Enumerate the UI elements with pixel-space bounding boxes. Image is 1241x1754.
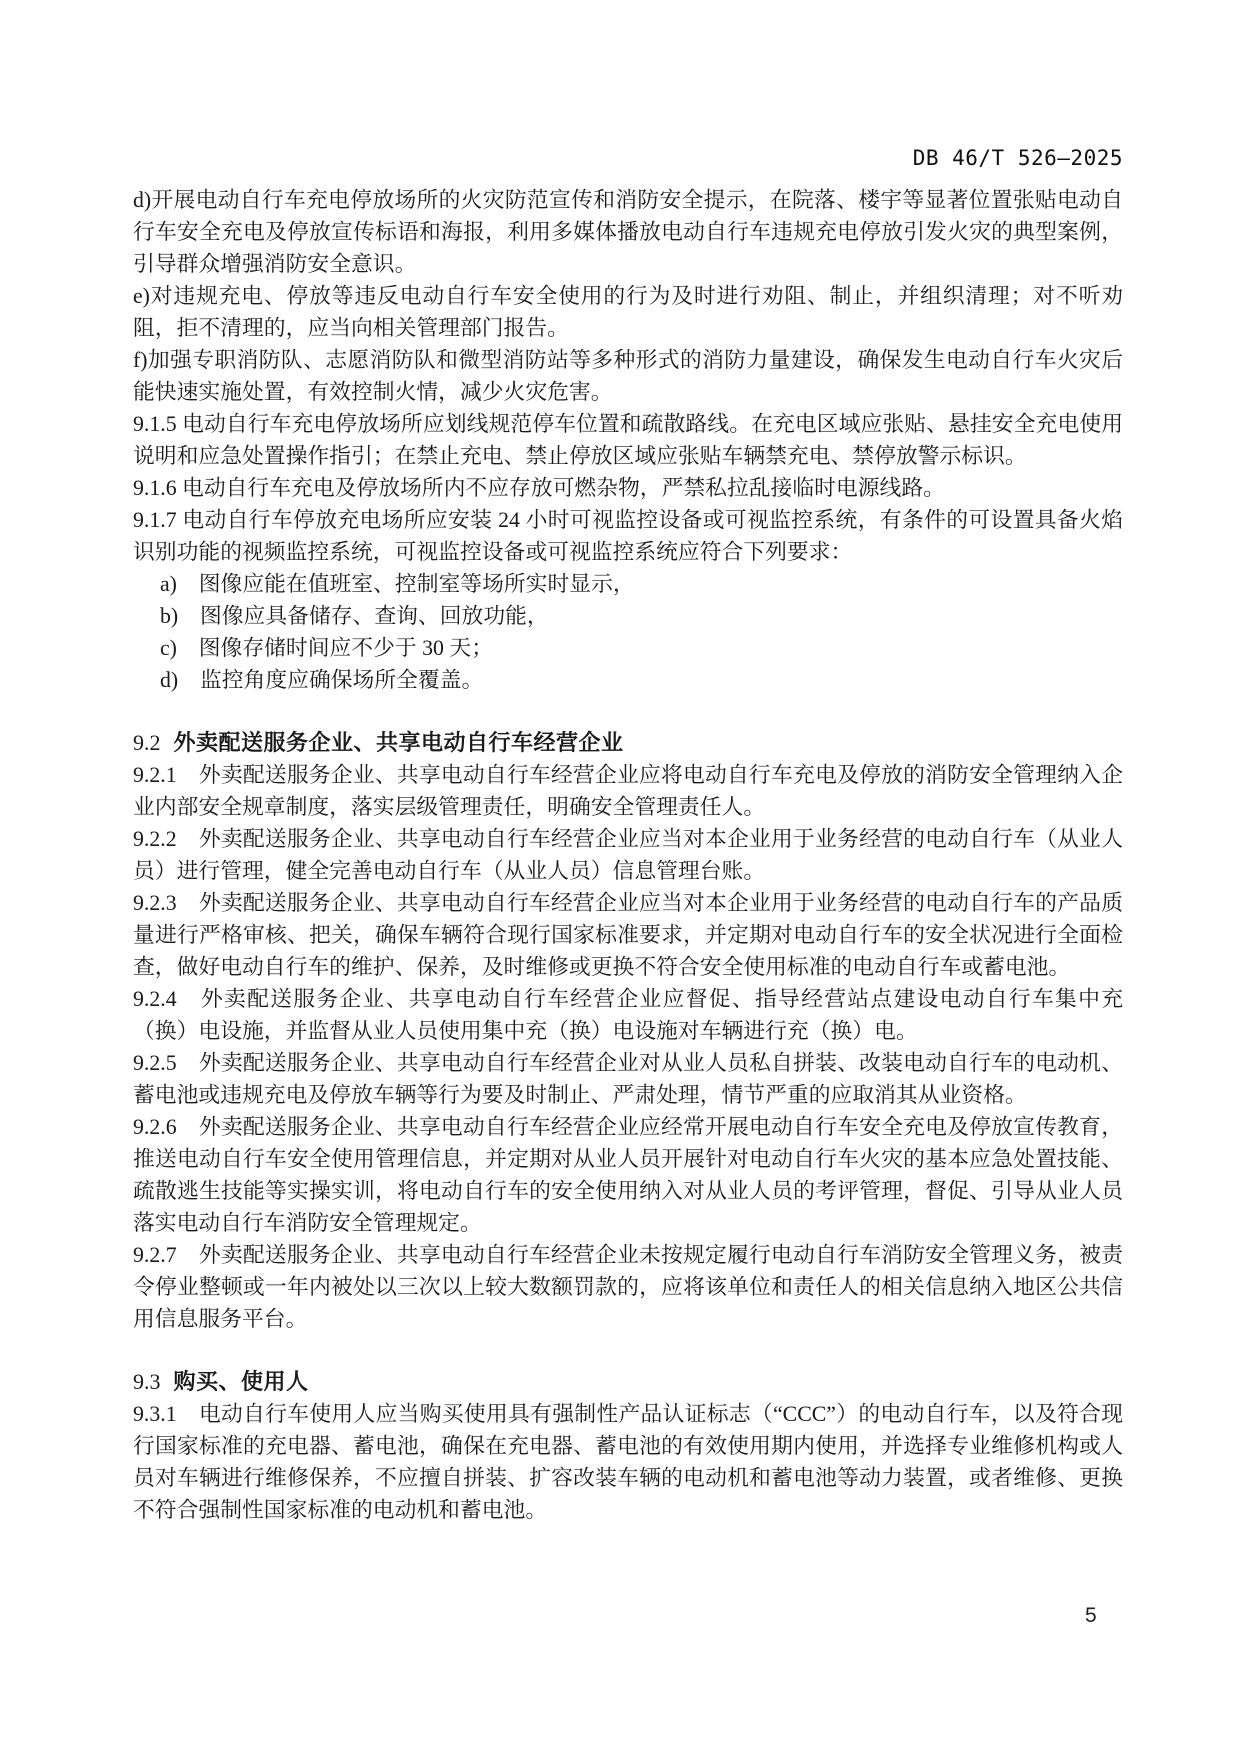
clause-9-2-7: 9.2.7 外卖配送服务企业、共享电动自行车经营企业未按规定履行电动自行车消防安… (133, 1239, 1123, 1335)
page-number: 5 (1085, 1604, 1097, 1627)
section-number: 9.2 (133, 730, 161, 755)
list-item-c: c) 图像存储时间应不少于 30 天； (133, 632, 1123, 664)
clause-9-1-5: 9.1.5 电动自行车充电停放场所应划线规范停车位置和疏散路线。在充电区域应张贴… (133, 408, 1123, 472)
page-header: DB 46/T 526—2025 (913, 146, 1123, 170)
document-page: DB 46/T 526—2025 d)开展电动自行车充电停放场所的火灾防范宣传和… (0, 0, 1241, 1754)
clause-9-3-1: 9.3.1 电动自行车使用人应当购买使用具有强制性产品认证标志（“CCC”）的电… (133, 1398, 1123, 1526)
clause-d-paragraph: d)开展电动自行车充电停放场所的火灾防范宣传和消防安全提示，在院落、楼宇等显著位… (133, 184, 1123, 280)
section-heading-9-2: 9.2外卖配送服务企业、共享电动自行车经营企业 (133, 727, 1123, 759)
list-item-d: d) 监控角度应确保场所全覆盖。 (133, 664, 1123, 696)
list-item-a: a) 图像应能在值班室、控制室等场所实时显示， (133, 568, 1123, 600)
document-body: d)开展电动自行车充电停放场所的火灾防范宣传和消防安全提示，在院落、楼宇等显著位… (133, 184, 1123, 1526)
section-title: 外卖配送服务企业、共享电动自行车经营企业 (174, 730, 624, 755)
section-title: 购买、使用人 (174, 1369, 309, 1394)
clause-9-1-7: 9.1.7 电动自行车停放充电场所应安装 24 小时可视监控设备或可视监控系统，… (133, 504, 1123, 568)
page-footer: 5 (1085, 1604, 1097, 1628)
clause-e-paragraph: e)对违规充电、停放等违反电动自行车安全使用的行为及时进行劝阻、制止，并组织清理… (133, 280, 1123, 344)
list-item-b: b) 图像应具备储存、查询、回放功能， (133, 600, 1123, 632)
clause-9-2-2: 9.2.2 外卖配送服务企业、共享电动自行车经营企业应当对本企业用于业务经营的电… (133, 823, 1123, 887)
section-heading-9-3: 9.3购买、使用人 (133, 1366, 1123, 1398)
clause-f-paragraph: f)加强专职消防队、志愿消防队和微型消防站等多种形式的消防力量建设，确保发生电动… (133, 344, 1123, 408)
clause-9-2-6: 9.2.6 外卖配送服务企业、共享电动自行车经营企业应经常开展电动自行车安全充电… (133, 1111, 1123, 1239)
clause-9-2-3: 9.2.3 外卖配送服务企业、共享电动自行车经营企业应当对本企业用于业务经营的电… (133, 887, 1123, 983)
clause-9-2-4: 9.2.4 外卖配送服务企业、共享电动自行车经营企业应督促、指导经营站点建设电动… (133, 983, 1123, 1047)
clause-9-2-5: 9.2.5 外卖配送服务企业、共享电动自行车经营企业对从业人员私自拼装、改装电动… (133, 1047, 1123, 1111)
section-number: 9.3 (133, 1369, 161, 1394)
clause-9-1-6: 9.1.6 电动自行车充电及停放场所内不应存放可燃杂物，严禁私拉乱接临时电源线路… (133, 472, 1123, 504)
clause-9-2-1: 9.2.1 外卖配送服务企业、共享电动自行车经营企业应将电动自行车充电及停放的消… (133, 759, 1123, 823)
standard-code: DB 46/T 526—2025 (913, 146, 1123, 170)
